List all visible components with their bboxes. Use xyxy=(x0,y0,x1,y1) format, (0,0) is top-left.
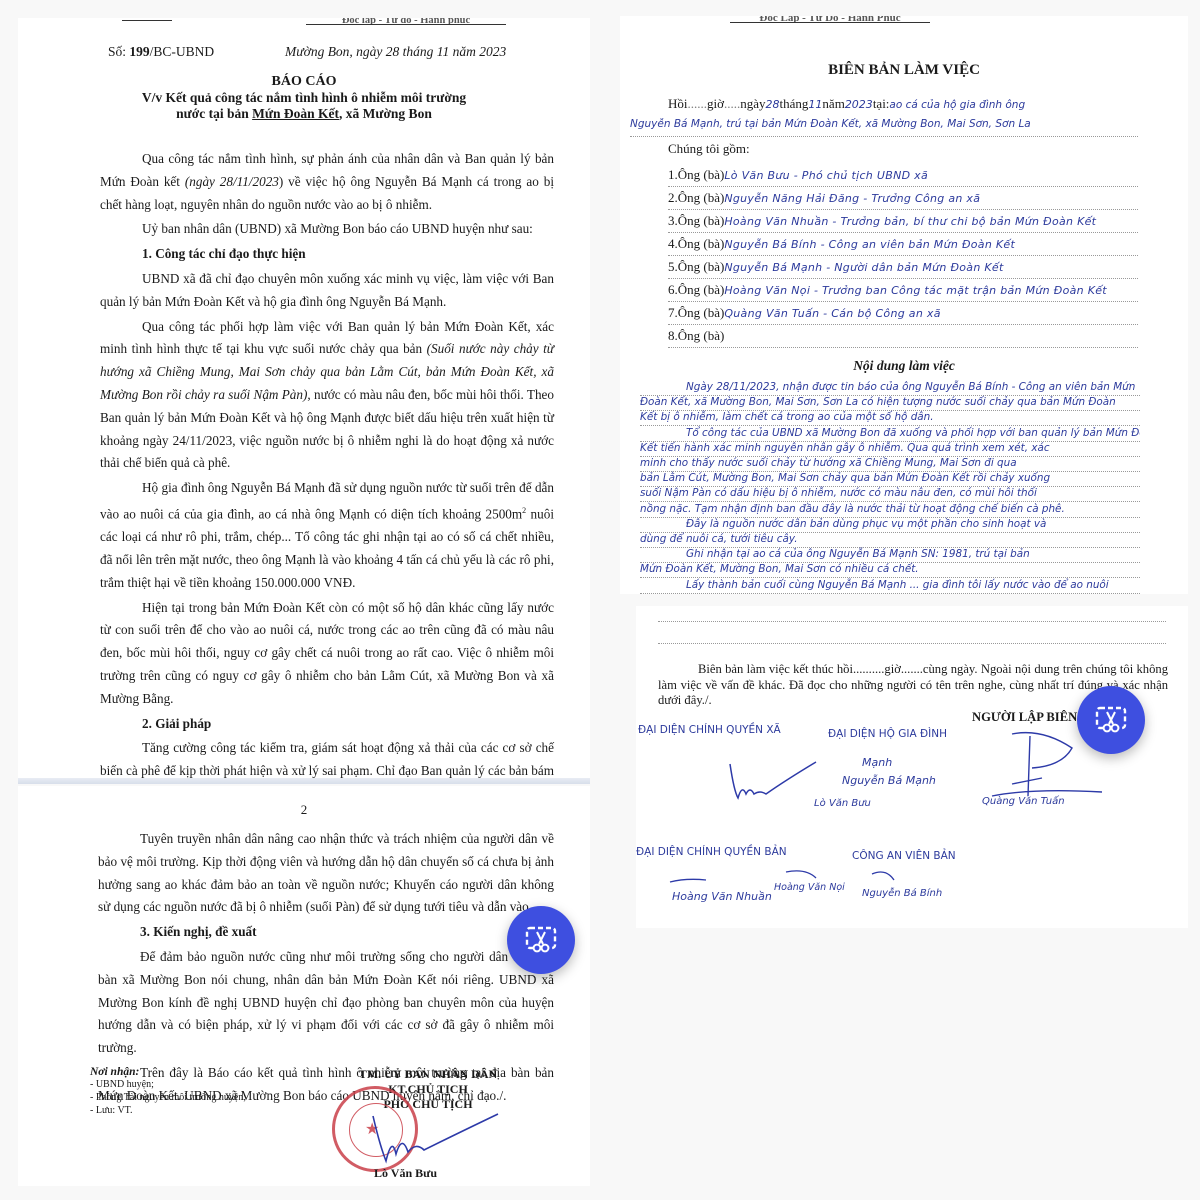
handwritten-content-line: Ghi nhận tại ao cá của ông Nguyễn Bá Mạn… xyxy=(640,547,1140,563)
subject-prefix: nước tại bản xyxy=(176,106,252,121)
handwritten-content-line: Đoàn Kết, xã Mường Bon, Mai Sơn, Sơn La … xyxy=(640,395,1140,411)
handwritten-content-line: suối Nậm Pàn có dấu hiệu bị ô nhiễm, nướ… xyxy=(640,486,1140,502)
attendee-name: Nguyễn Bá Mạnh - Người dân bản Mứn Đoàn … xyxy=(724,261,1003,274)
screen-capture-button[interactable] xyxy=(1077,686,1145,754)
village-rep-heading: ĐẠI DIỆN CHÍNH QUYỀN BẢN xyxy=(636,846,787,858)
attendee-row: 1.Ông (bà)Lò Văn Bưu - Phó chủ tịch UBND… xyxy=(668,164,1138,187)
meeting-time-line: Hồi......giờ.....ngày28tháng11năm2023tại… xyxy=(668,96,1138,112)
attendee-row: 7.Ông (bà)Quàng Văn Tuấn - Cán bộ Công a… xyxy=(668,302,1138,325)
screenshot-scissors-icon xyxy=(1095,706,1127,734)
handwritten-content-line: nồng nặc. Tạm nhận định ban đầu đây là n… xyxy=(640,502,1140,518)
header-rule-left xyxy=(122,20,172,21)
report-subject-line1: V/v Kết quả công tác nắm tình hình ô nhi… xyxy=(18,90,590,106)
sign-org: TM. UỶ BAN NHÂN DÂN xyxy=(318,1067,538,1082)
subject-village: Mứn Đoàn Kết xyxy=(252,106,339,121)
attendee-label: 3.Ông (bà) xyxy=(668,213,724,228)
minutes-signature-page: Biên bản làm việc kết thúc hồi..........… xyxy=(636,606,1188,928)
section-1-paragraph-4: Hiện tại trong bản Mứn Đoàn Kết còn có m… xyxy=(100,597,554,711)
attendee-name: Nguyễn Năng Hải Đăng - Trưởng Công an xã xyxy=(724,192,980,205)
minutes-page: Độc Lập - Tự Do - Hạnh Phúc BIÊN BẢN LÀM… xyxy=(620,16,1188,594)
attendee-name: Hoàng Văn Nọi - Trưởng ban Công tác mặt … xyxy=(724,284,1107,297)
meeting-location-2: Nguyễn Bá Mạnh, trú tại bản Mứn Đoàn Kết… xyxy=(630,118,1138,137)
meeting-month: 11 xyxy=(808,98,822,111)
police-rep-heading: CÔNG AN VIÊN BẢN xyxy=(852,850,956,862)
attendee-name: Lò Văn Bưu - Phó chủ tịch UBND xã xyxy=(724,169,928,182)
minutes-motto-partial: Độc Lập - Tự Do - Hạnh Phúc xyxy=(730,16,930,23)
section-1-paragraph-1: UBND xã đã chỉ đạo chuyên môn xuống xác … xyxy=(100,268,554,314)
attendee-label: 2.Ông (bà) xyxy=(668,190,724,205)
attendee-row: 5.Ông (bà)Nguyễn Bá Mạnh - Người dân bản… xyxy=(668,256,1138,279)
attendees-label: Chúng tôi gồm: xyxy=(668,141,750,157)
handwritten-content-line: bản Lằm Cút, Mường Bon, Mai Sơn chảy qua… xyxy=(640,471,1140,487)
author-name: Quàng Văn Tuấn xyxy=(982,796,1065,807)
handwritten-content-line: dùng để nuôi cá, tưới tiêu cây. xyxy=(640,532,1140,548)
label-tai: tại: xyxy=(873,96,890,111)
minutes-title: BIÊN BẢN LÀM VIỆC xyxy=(620,62,1188,79)
intro-paragraph: Qua công tác nắm tình hình, sự phản ánh … xyxy=(100,148,554,216)
attendee-label: 5.Ông (bà) xyxy=(668,259,724,274)
attendee-name: Quàng Văn Tuấn - Cán bộ Công an xã xyxy=(724,307,940,320)
subject-suffix: , xã Mường Bon xyxy=(339,106,432,121)
handwritten-content-line: Lấy thành bản cuối cùng Nguyễn Bá Mạnh .… xyxy=(640,578,1140,594)
section-1-paragraph-3: Hộ gia đình ông Nguyễn Bá Mạnh đã sử dụn… xyxy=(100,477,554,594)
number-value: 199 xyxy=(129,44,149,59)
section-2-paragraph-2: Tuyên truyền nhân dân nâng cao nhận thức… xyxy=(98,828,554,919)
document-number: Số: 199/BC-UBND xyxy=(108,44,214,60)
intro-paragraph-2: Uỷ ban nhân dân (UBND) xã Mường Bon báo … xyxy=(100,218,554,241)
handwritten-content-line: Mứn Đoàn Kết, Mường Bon, Mai Sơn có nhiề… xyxy=(640,562,1140,578)
section-3-paragraph: Để đảm bảo nguồn nước cũng như môi trườn… xyxy=(98,946,554,1060)
section-2-paragraph-1: Tăng cường công tác kiểm tra, giám sát h… xyxy=(100,737,554,778)
screen-capture-button[interactable] xyxy=(507,906,575,974)
label-gio: giờ xyxy=(707,96,724,111)
report-title: BÁO CÁO xyxy=(18,74,590,90)
motto-partial: Độc lập - Tự do - Hạnh phúc xyxy=(306,18,506,25)
recipient-item: - UBND huyện; xyxy=(90,1078,246,1091)
section-1-paragraph-2: Qua công tác phối hợp làm việc với Ban q… xyxy=(100,316,554,476)
handwritten-content-line: Đây là nguồn nước dân bản dùng phục vụ m… xyxy=(640,517,1140,533)
attendee-row: 6.Ông (bà)Hoàng Văn Nọi - Trưởng ban Côn… xyxy=(668,279,1138,302)
intro-date: (ngày 28/11/2023 xyxy=(185,174,279,189)
attendee-row: 8.Ông (bà) xyxy=(668,325,1138,348)
attendee-label: 4.Ông (bà) xyxy=(668,236,724,251)
commune-rep-heading: ĐẠI DIỆN CHÍNH QUYỀN XÃ xyxy=(638,724,781,736)
handwritten-content-line: Ngày 28/11/2023, nhận được tin báo của ô… xyxy=(640,380,1140,396)
attendee-row: 4.Ông (bà)Nguyễn Bá Bính - Công an viên … xyxy=(668,233,1138,256)
blank-line xyxy=(658,620,1166,622)
attendee-label: 7.Ông (bà) xyxy=(668,305,724,320)
recipients-title: Nơi nhận: xyxy=(90,1066,246,1078)
label-ngay: ngày xyxy=(740,96,765,111)
recipient-item: - Phòng Tài nguyên môi trường huyện; xyxy=(90,1091,246,1104)
section-2-heading: 2. Giải pháp xyxy=(100,713,554,736)
signer-name: Lò Văn Bưu xyxy=(374,1166,437,1181)
household-signature-mark: Mạnh xyxy=(862,756,892,769)
commune-signature xyxy=(716,746,826,806)
number-suffix: /BC-UBND xyxy=(150,44,215,59)
commune-rep-name: Lò Văn Bưu xyxy=(814,798,871,809)
content-heading: Nội dung làm việc xyxy=(620,358,1188,374)
label-thang: tháng xyxy=(780,96,809,111)
page-separator xyxy=(18,778,590,784)
blank-line xyxy=(658,642,1166,644)
attendee-label: 8.Ông (bà) xyxy=(668,328,724,343)
report-page-2: 2 Tuyên truyền nhân dân nâng cao nhận th… xyxy=(18,786,590,1186)
meeting-year: 2023 xyxy=(845,98,873,111)
attendee-row: 3.Ông (bà)Hoàng Văn Nhuần - Trưởng bản, … xyxy=(668,210,1138,233)
report-subject-line2: nước tại bản Mứn Đoàn Kết, xã Mường Bon xyxy=(18,106,590,122)
handwritten-content-line: Tổ công tác của UBND xã Mường Bon đã xuố… xyxy=(640,426,1140,442)
police-rep-name: Nguyễn Bá Bính xyxy=(862,888,942,899)
meeting-day: 28 xyxy=(766,98,780,111)
household-rep-name: Nguyễn Bá Mạnh xyxy=(842,774,936,787)
handwritten-content-line: Kết tiến hành xác minh nguyên nhân gây ô… xyxy=(640,441,1140,457)
place-date: Mường Bon, ngày 28 tháng 11 năm 2023 xyxy=(285,44,506,60)
recipient-item: - Lưu: VT. xyxy=(90,1104,246,1117)
handwritten-content-line: Kết bị ô nhiễm, làm chết cá trong ao của… xyxy=(640,410,1140,426)
screenshot-scissors-icon xyxy=(525,926,557,954)
attendee-row: 2.Ông (bà)Nguyễn Năng Hải Đăng - Trưởng … xyxy=(668,187,1138,210)
village-rep-name-2: Hoàng Văn Nọi xyxy=(774,882,845,893)
attendee-name: Nguyễn Bá Bính - Công an viên bản Mứn Đo… xyxy=(724,238,1015,251)
attendee-name: Hoàng Văn Nhuần - Trưởng bản, bí thư chi… xyxy=(724,215,1096,228)
label-nam: năm xyxy=(822,96,844,111)
attendee-label: 6.Ông (bà) xyxy=(668,282,724,297)
section-1-heading: 1. Công tác chỉ đạo thực hiện xyxy=(100,243,554,266)
label-hoi: Hồi xyxy=(668,96,688,111)
report-page-1: Độc lập - Tự do - Hạnh phúc Số: 199/BC-U… xyxy=(18,18,590,778)
handwritten-content-line: minh cho thấy nước suối chảy từ hướng xã… xyxy=(640,456,1140,472)
attendee-label: 1.Ông (bà) xyxy=(668,167,724,182)
page-number: 2 xyxy=(18,802,590,818)
number-label: Số: xyxy=(108,44,129,59)
village-rep-name-1: Hoàng Văn Nhuần xyxy=(672,890,772,903)
report-body-page1: Qua công tác nắm tình hình, sự phản ánh … xyxy=(100,148,554,778)
meeting-location-1: ao cá của hộ gia đình ông xyxy=(889,99,1025,111)
s1p3-text-a: Hộ gia đình ông Nguyễn Bá Mạnh đã sử dụn… xyxy=(100,480,554,521)
section-3-heading: 3. Kiến nghị, đề xuất xyxy=(98,921,554,944)
household-rep-heading: ĐẠI DIỆN HỘ GIA ĐÌNH xyxy=(828,728,947,740)
recipients-block: Nơi nhận: - UBND huyện; - Phòng Tài nguy… xyxy=(90,1066,246,1117)
